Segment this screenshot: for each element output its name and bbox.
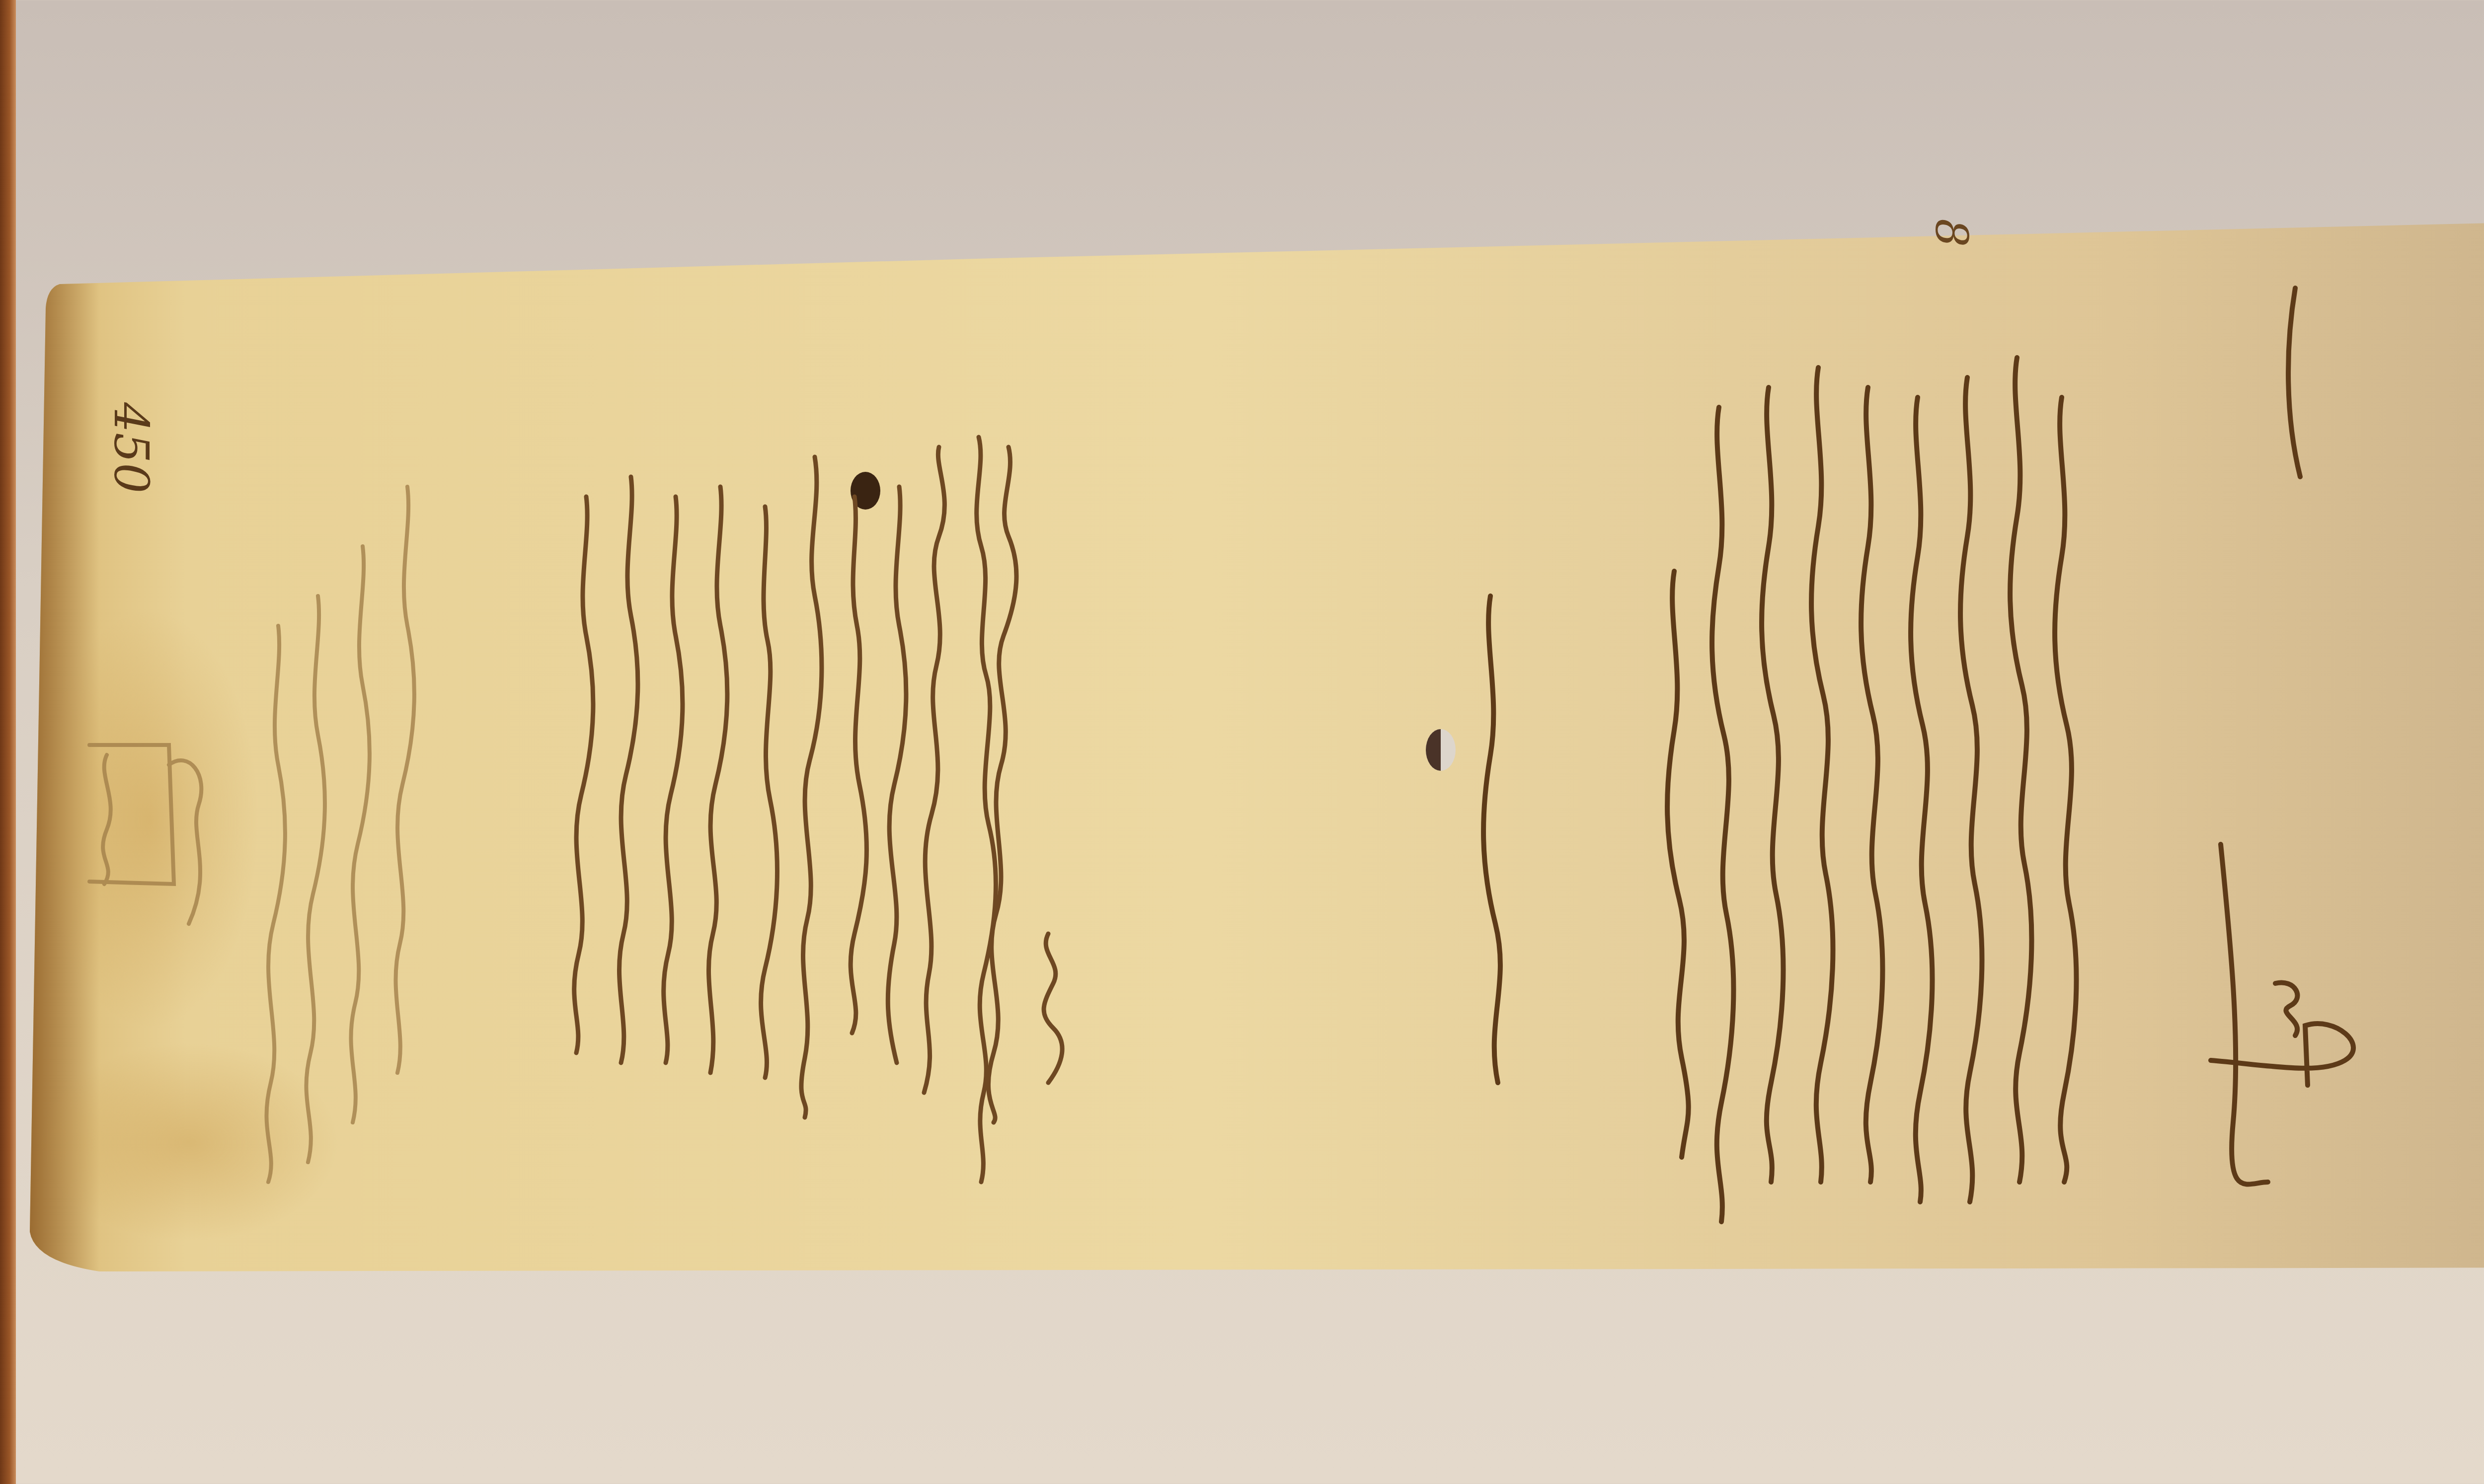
folio-number: 450: [103, 402, 159, 493]
corner-mark: 8: [1925, 219, 1977, 247]
manuscript-paper: [0, 0, 2484, 1484]
